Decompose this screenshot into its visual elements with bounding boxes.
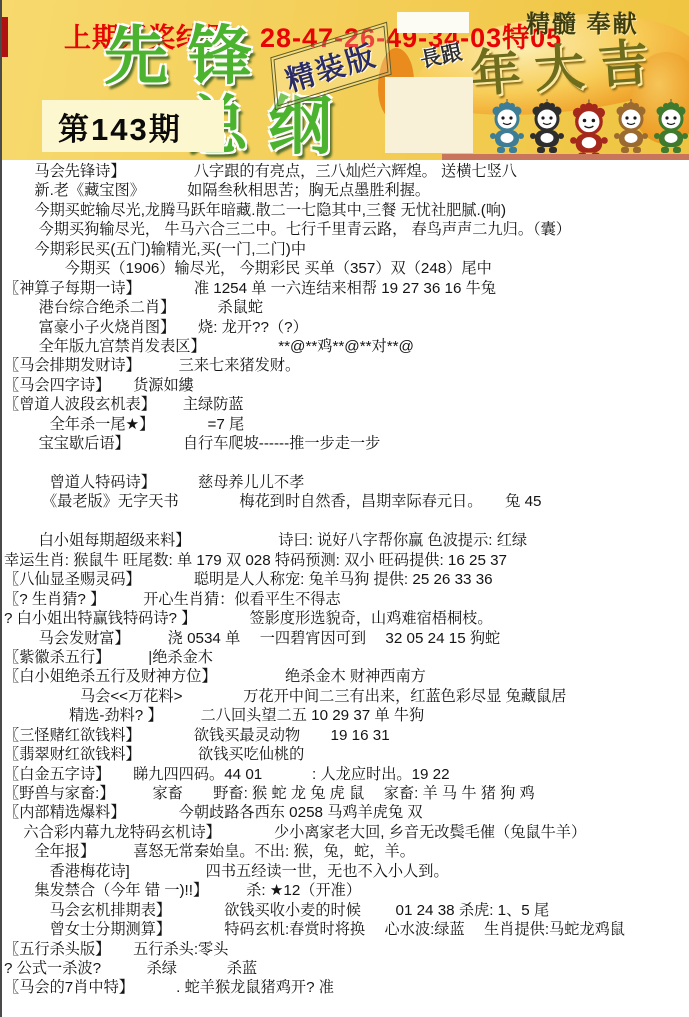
greeting-banner-text: 年大吉 xyxy=(468,21,665,106)
mascot-icon xyxy=(613,99,650,160)
text-line: 〖马会排期发财诗】 三来七来猪发财。 xyxy=(4,356,689,375)
text-line: 六合彩内幕九龙特码玄机诗】 少小离家老大回, 乡音无改鬓毛催（兔鼠牛羊） xyxy=(4,823,689,842)
tip-lines-area: 马会先锋诗】 八字跟的有亮点，三八灿烂六辉煌。 送横七竖八 新.老《藏宝图》 如… xyxy=(2,160,689,1017)
mascot-icon xyxy=(489,99,526,160)
text-line: 曾女士分期测算】 特码玄机:春赏时将换 心水波:绿蓝 生肖提供:马蛇龙鸡鼠 xyxy=(4,920,689,939)
text-line: 全年版九宫禁肖发表区】 **@**鸡**@**对**@ xyxy=(4,337,689,356)
lottery-tip-sheet: 上期开奖结果：28-47-26-49-34-03特05 精髓 奉献 年大吉 長跟… xyxy=(0,0,689,1017)
text-line: 全年报】 喜怒无常秦始皇。不出: 猴，兔，蛇，羊。 xyxy=(4,842,689,861)
text-line: 今期买蛇输尽光,龙腾马跃年暗藏.散二一七隐其中,三餐 无忧社肥腻.(响) xyxy=(4,201,689,220)
text-line: 〖八仙显圣赐灵码】 聪明是人人称宠: 兔羊马狗 提供: 25 26 33 36 xyxy=(4,570,689,589)
text-line: 今期彩民买(五门)输精光,买(一门,二门)中 xyxy=(4,240,689,259)
text-line: 〖白金五字诗】 睇九四四码。44 01 : 人龙应时出。19 22 xyxy=(4,765,689,784)
text-line: 〖三怪赌红欲钱料】 欲钱买最灵动物 19 16 31 xyxy=(4,726,689,745)
text-line xyxy=(4,512,689,531)
text-line: 〖? 生肖猜? 】 开心生肖猜：似看平生不得志 xyxy=(4,590,689,609)
text-line: 〖白小姐绝杀五行及财神方位】 绝杀金木 财神西南方 xyxy=(4,667,689,686)
mascot-row xyxy=(489,99,689,160)
text-line: 〖野兽与家畜:】 家畜 野畜: 猴 蛇 龙 兔 虎 鼠 家畜: 羊 马 牛 猪 … xyxy=(4,784,689,803)
mascot-icon xyxy=(653,99,689,160)
blank-patch-middle xyxy=(385,77,473,153)
text-line: 曾道人特码诗】 慈母养儿儿不孝 xyxy=(4,473,689,492)
text-line: 新.老《藏宝图》 如隔叁秋相思苦；胸无点墨胜利握。 xyxy=(4,181,689,200)
text-line: 集发禁合（今年 错 一)!!】 杀: ★12（开准） xyxy=(4,881,689,900)
masthead: 上期开奖结果：28-47-26-49-34-03特05 精髓 奉献 年大吉 長跟… xyxy=(2,0,689,160)
text-line: 马会<<万花料> 万花开中间二三有出来，红蓝色彩尽显 兔藏鼠居 xyxy=(4,687,689,706)
text-line: 〖五行杀头版】 五行杀头:零头 xyxy=(4,940,689,959)
issue-number-box: 第143期 xyxy=(42,100,224,152)
text-line: 〖内部精选爆料】 今朝歧路各西东 0258 马鸡羊虎兔 双 xyxy=(4,803,689,822)
text-line: 白小姐每期超级来料】 诗曰: 说好八字帮你赢 色波提示: 红绿 xyxy=(4,531,689,550)
corner-red-mark xyxy=(2,17,8,57)
masthead-title-line1: 先锋 xyxy=(104,24,272,88)
text-line: 〖神算子每期一诗】 准 1254 单 一六连结来相帮 19 27 36 16 牛… xyxy=(4,279,689,298)
text-line: 香港梅花诗] 四书五经读一世，无也不入小人到。 xyxy=(4,862,689,881)
text-line: ? 白小姐出特赢钱特码诗? 】 签影度形选貌奇，山鸡难宿梧桐枝。 xyxy=(4,609,689,628)
text-line: ? 公式一杀波? 杀绿 杀蓝 xyxy=(4,959,689,978)
text-line: 〖紫徽杀五行】 |绝杀金木 xyxy=(4,648,689,667)
text-line xyxy=(4,454,689,473)
text-line: 全年杀一尾★】 =7 尾 xyxy=(4,415,689,434)
text-line: 〖马会的7肖中特】 . 蛇羊猴龙鼠猪鸡开? 准 xyxy=(4,978,689,997)
text-line: 今期买（1906）输尽光， 今期彩民 买单（357）双（248）尾中 xyxy=(4,259,689,278)
text-line: 〖曾道人波段玄机表】 主绿防蓝 xyxy=(4,395,689,414)
text-line: 马会先锋诗】 八字跟的有亮点，三八灿烂六辉煌。 送横七竖八 xyxy=(4,162,689,181)
text-line: 港台综合绝杀二肖】 杀鼠蛇 xyxy=(4,298,689,317)
text-line: 精选-劲料? 】 二八回头望二五 10 29 37 单 牛狗 xyxy=(4,706,689,725)
text-line: 富豪小子火烧肖图】 烧: 龙开??（?） xyxy=(4,318,689,337)
issue-number: 第143期 xyxy=(58,104,182,149)
text-line: 〖马会四字诗】 货源如縷 xyxy=(4,376,689,395)
text-line: 宝宝歇后语】 自行车爬坡------推一步走一步 xyxy=(4,434,689,453)
text-line: 《最老版》无字天书 梅花到时自然香，昌期幸际春元日。 兔 45 xyxy=(4,492,689,511)
text-line: 马会玄机排期表】 欲钱买收小麦的时候 01 24 38 杀虎: 1、5 尾 xyxy=(4,901,689,920)
text-line: 马会发财富】 浇 0534 单 一四碧宵因可到 32 05 24 15 狗蛇 xyxy=(4,629,689,648)
mascot-icon xyxy=(529,99,566,160)
blank-patch-top xyxy=(397,12,469,33)
mascot-icon xyxy=(569,99,610,160)
text-line: 今期买狗输尽光， 牛马六合三二中。七行千里青云路， 春鸟声声二九归。（囊） xyxy=(4,220,689,239)
text-line: 幸运生肖: 猴鼠牛 旺尾数: 单 179 双 028 特码预测: 双小 旺码提供… xyxy=(4,551,689,570)
text-line: 〖翡翠财红欲钱料】 欲钱买吃仙桃的 xyxy=(4,745,689,764)
